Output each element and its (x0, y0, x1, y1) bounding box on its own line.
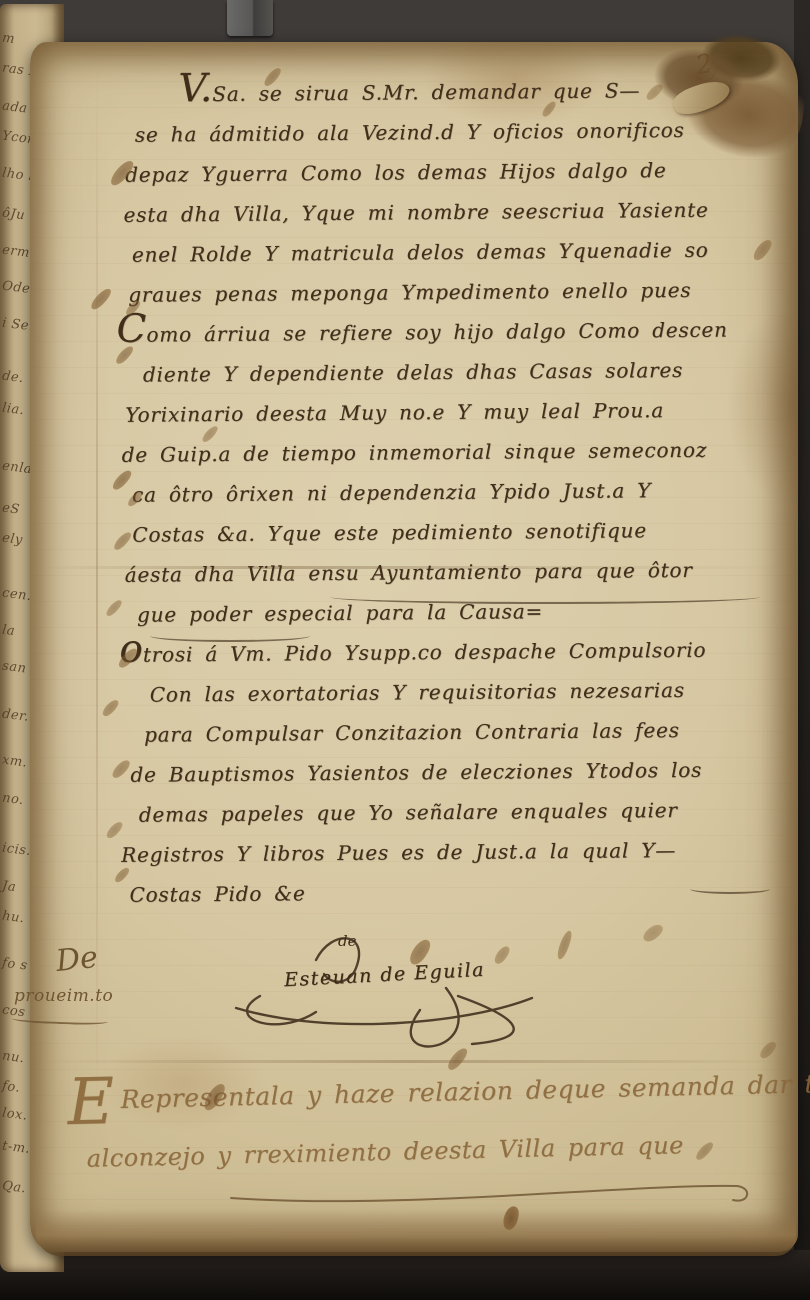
worn-bottom-edge (36, 1210, 796, 1256)
manuscript-line: diente Y dependiente delas dhas Casas so… (143, 349, 777, 395)
manuscript-line: demas papeles que Yo señalare enquales q… (139, 789, 781, 835)
manuscript-line: Costas &a. Yque este pedimiento senotifi… (132, 509, 778, 555)
decree-annotation: ERepresentala y haze relazion deque sema… (71, 1068, 783, 1176)
manuscript-line: V.Sa. se sirua S.Mr. demandar que S— (178, 69, 774, 114)
manuscript-line: ca ôtro ôrixen ni dependenzia Ypido Just… (132, 469, 778, 515)
manuscript-line: Yorixinario deesta Muy no.e Y muy leal P… (125, 389, 777, 435)
manuscript-line: Como árriua se refiere soy hijo dalgo Co… (116, 309, 776, 355)
flourish-underline (330, 590, 760, 604)
flourish-underline (150, 630, 310, 642)
signature-block: de Esteuan de Eguila (220, 926, 560, 1066)
photo-backdrop: mras EadaYconalho hôJuerm.Odeli Se.de.li… (0, 0, 810, 1300)
manuscript-line: esta dha Villa, Yque mi nombre seescriua… (123, 189, 775, 235)
margin-note-proveimiento: De proueim.to (10, 946, 130, 1036)
manuscript-line: depaz Yguerra Como los demas Hijos dalgo… (125, 149, 775, 195)
manuscript-line: se ha ádmitido ala Vezind.d Y oficios on… (135, 109, 775, 155)
manuscript-line: Registros Y libros Pues es de Just.a la … (121, 829, 781, 875)
signature-rubric (220, 926, 560, 1066)
manuscript-line: Costas Pido &e (129, 869, 781, 915)
manuscript-line: enel Rolde Y matricula delos demas Yquen… (132, 229, 776, 275)
signature-prefix: de (338, 932, 356, 950)
margin-note-flourish: De (54, 940, 99, 979)
binder-clip (227, 0, 273, 36)
manuscript-line: de Bauptismos Yasientos de elecziones Yt… (130, 749, 780, 795)
margin-note-text: proueim.to (14, 986, 113, 1006)
manuscript-line: para Compulsar Conzitazion Contraria las… (144, 709, 780, 755)
manuscript-line: áesta dha Villa ensu Ayuntamiento para q… (125, 549, 779, 595)
annotation-rule-flourish (225, 1168, 765, 1214)
petition-text-block: V.Sa. se sirua S.Mr. demandar que S—se h… (114, 69, 781, 915)
flourish-underline (690, 884, 770, 894)
manuscript-line: graues penas meponga Ympedimento enello … (128, 269, 776, 315)
backdrop-bottom-edge (0, 1250, 810, 1300)
manuscript-line: Con las exortatorias Y requisitorias nez… (150, 669, 780, 714)
annotation-initial: E (67, 1077, 115, 1128)
margin-note-underline (12, 1012, 108, 1025)
manuscript-line: de Guip.a de tiempo inmemorial sinque se… (121, 429, 777, 475)
